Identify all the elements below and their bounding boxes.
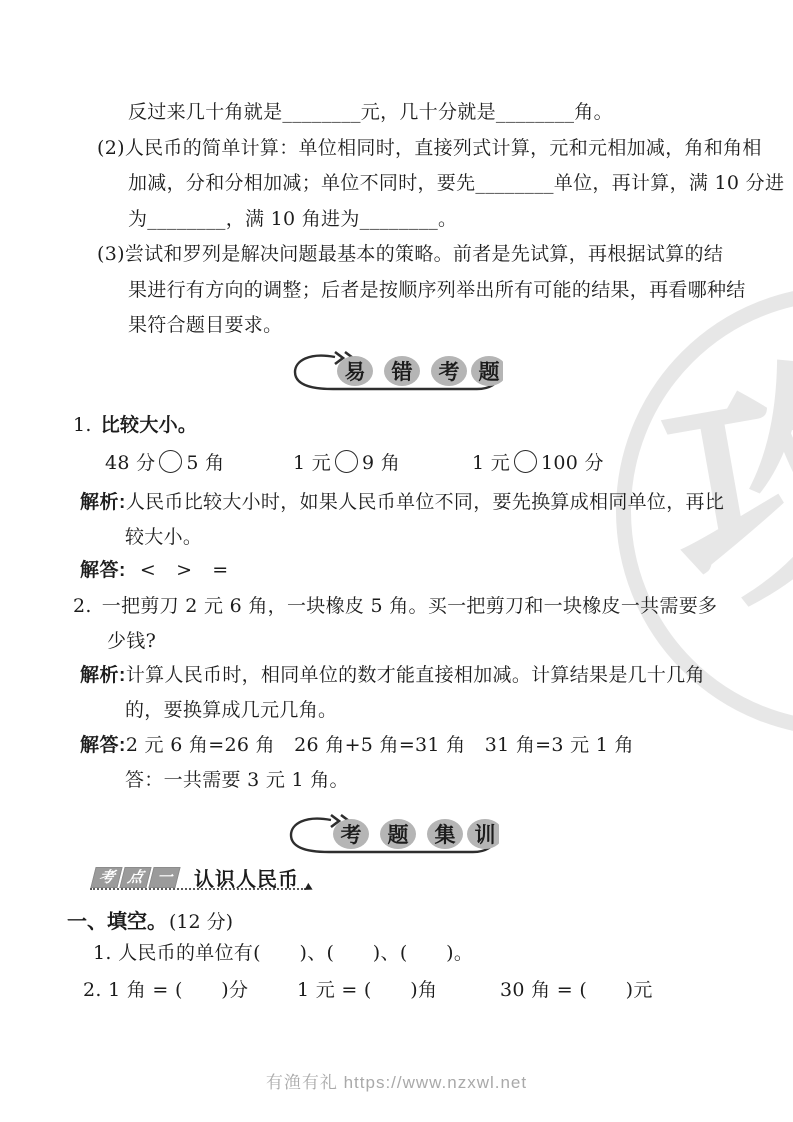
intro-line: 果进行有方向的调整；后者是按顺序列举出所有可能的结果，再看哪种结 bbox=[128, 278, 746, 303]
question-number: 1. bbox=[73, 414, 92, 436]
intro-line: 果符合题目要求。 bbox=[128, 313, 282, 338]
keypoint-badge-block: 点 bbox=[119, 867, 151, 888]
section-banner-kaoti-jixun: 考 题 集 训 bbox=[287, 813, 499, 863]
comparison-circle bbox=[335, 450, 358, 473]
fill-item-2-part: 1 元 = ( )角 bbox=[297, 978, 437, 1003]
banner-char: 题 bbox=[479, 359, 500, 384]
analysis-2: 解析:计算人民币时，相同单位的数才能直接相加减。计算结果是几十几角 bbox=[80, 663, 705, 688]
analysis-label: 解析: bbox=[80, 665, 126, 686]
final-answer-line: 答：一共需要 3 元 1 角。 bbox=[125, 768, 349, 793]
banner-arrow-decoration: 易 错 考 题 bbox=[291, 350, 503, 396]
question-number: 2. bbox=[73, 595, 92, 617]
comparison-right: 100 分 bbox=[541, 452, 604, 474]
analysis-text: 计算人民币时，相同单位的数才能直接相加减。计算结果是几十几角 bbox=[126, 664, 705, 686]
comparison-left: 1 元 bbox=[293, 452, 331, 474]
solution-label: 解答: bbox=[80, 560, 126, 581]
intro-line: (3)尝试和罗列是解决问题最基本的策略。前者是先试算，再根据试算的结 bbox=[97, 242, 723, 267]
question-1-title: 1.比较大小。 bbox=[73, 413, 197, 438]
fill-in-heading-bold: 一、填空。 bbox=[67, 911, 167, 933]
comparison-circle bbox=[159, 450, 182, 473]
keypoint-char: 考 bbox=[96, 867, 116, 888]
fill-item-2-part: 30 角 = ( )元 bbox=[500, 978, 653, 1003]
fill-in-heading-score: (12 分) bbox=[169, 911, 233, 933]
intro-line: 反过来几十角就是________元，几十分就是________角。 bbox=[128, 100, 613, 125]
solution-equations: 2 元 6 角=26 角 26 角+5 角=31 角 31 角=3 元 1 角 bbox=[126, 734, 634, 756]
banner-char: 考 bbox=[341, 822, 362, 847]
banner-char: 训 bbox=[475, 822, 496, 847]
intro-line: 加减，分和分相加减；单位不同时，要先________单位，再计算，满 10 分进 bbox=[128, 171, 784, 196]
keypoint-badge-block: 一 bbox=[148, 867, 180, 888]
analysis-1: 解析:人民币比较大小时，如果人民币单位不同，要先换算成相同单位，再比 bbox=[80, 490, 724, 515]
banner-char: 考 bbox=[439, 359, 460, 384]
question-title-text: 比较大小。 bbox=[101, 415, 198, 436]
section-banner-yicuo-kaoti: 易 错 考 题 bbox=[291, 350, 503, 400]
comparison-right: 5 角 bbox=[186, 452, 224, 474]
analysis-text: 人民币比较大小时，如果人民币单位不同，要先换算成相同单位，再比 bbox=[126, 491, 724, 513]
footer-watermark-url: 有渔有礼 https://www.nzxwl.net bbox=[0, 1068, 793, 1093]
answer-symbol: < bbox=[140, 558, 156, 583]
keypoint-badge-block: 考 bbox=[90, 867, 122, 888]
banner-char: 题 bbox=[388, 822, 409, 847]
dotted-underline bbox=[90, 888, 306, 890]
answer-symbol: > bbox=[176, 558, 192, 583]
analysis-label: 解析: bbox=[80, 492, 126, 513]
analysis-1-wrap: 较大小。 bbox=[125, 525, 202, 550]
banner-char: 易 bbox=[345, 359, 366, 384]
keypoint-char: 点 bbox=[125, 867, 145, 888]
banner-char: 集 bbox=[435, 822, 456, 847]
comparison-item: 1 元100 分 bbox=[472, 450, 604, 476]
solution-label: 解答: bbox=[80, 735, 126, 756]
answer-symbol: = bbox=[212, 558, 228, 583]
comparison-item: 1 元9 角 bbox=[293, 450, 400, 476]
keypoint-char: 一 bbox=[154, 867, 174, 888]
question-2-wrap: 少钱? bbox=[107, 629, 156, 654]
worksheet-page: 攻 反过来几十角就是________元，几十分就是________角。 (2)人… bbox=[0, 0, 793, 1122]
question-2: 2.一把剪刀 2 元 6 角，一块橡皮 5 角。买一把剪刀和一块橡皮一共需要多 bbox=[73, 594, 717, 619]
fill-item-1: 1. 人民币的单位有( )、( )、( )。 bbox=[93, 941, 473, 966]
fill-item-2-part: 2. 1 角 = ( )分 bbox=[83, 978, 248, 1003]
comparison-left: 1 元 bbox=[472, 452, 510, 474]
analysis-2-wrap: 的，要换算成几元几角。 bbox=[125, 698, 337, 723]
banner-char: 错 bbox=[391, 359, 413, 384]
comparison-left: 48 分 bbox=[105, 452, 155, 474]
banner-arrow-decoration: 考 题 集 训 bbox=[287, 813, 499, 859]
question-text: 一把剪刀 2 元 6 角，一块橡皮 5 角。买一把剪刀和一块橡皮一共需要多 bbox=[102, 595, 718, 617]
comparison-item: 48 分5 角 bbox=[105, 450, 224, 476]
solution-1: 解答:<>= bbox=[80, 558, 229, 583]
intro-line: (2)人民币的简单计算：单位相同时，直接列式计算，元和元相加减，角和角相 bbox=[97, 136, 762, 161]
comparison-right: 9 角 bbox=[362, 452, 400, 474]
comparison-circle bbox=[514, 450, 537, 473]
fill-in-heading: 一、填空。(12 分) bbox=[67, 905, 233, 934]
dotted-underline-arrow-icon bbox=[305, 883, 315, 893]
intro-line: 为________，满 10 角进为________。 bbox=[128, 207, 457, 232]
solution-2: 解答:2 元 6 角=26 角 26 角+5 角=31 角 31 角=3 元 1… bbox=[80, 733, 634, 758]
